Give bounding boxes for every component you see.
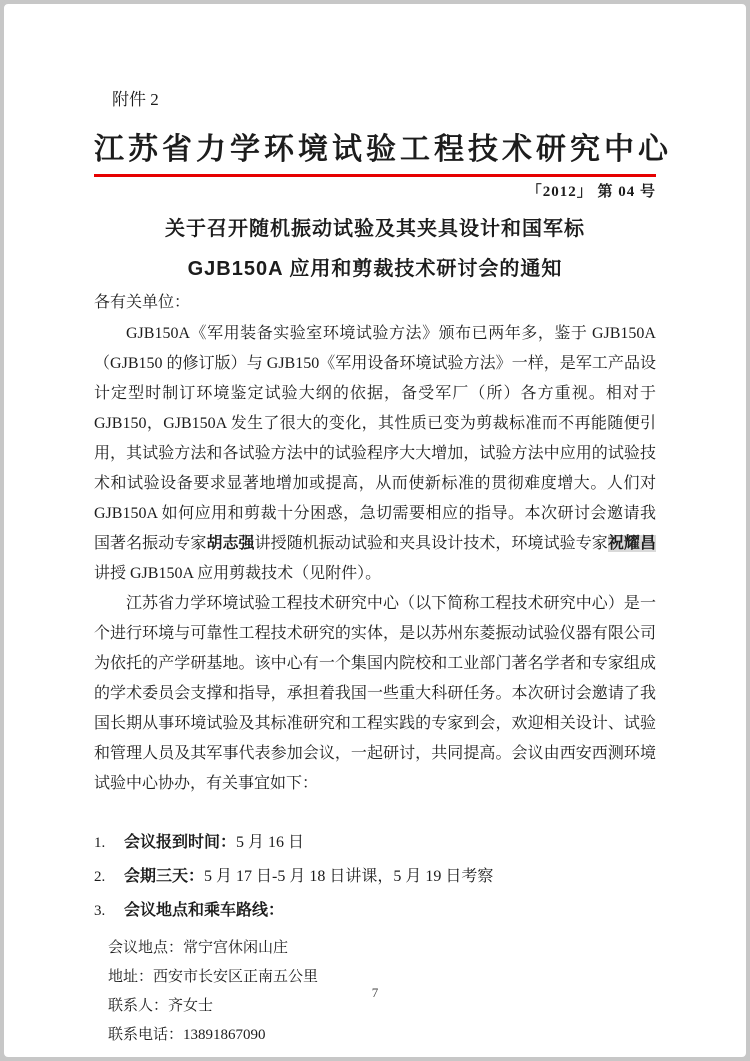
letterhead-org-name: 江苏省力学环境试验工程技术研究中心 bbox=[94, 133, 656, 167]
list-value: 5 月 17 日-5 月 18 日讲课，5 月 19 日考察 bbox=[204, 868, 493, 885]
paragraph-1: GJB150A《军用装备实验室环境试验方法》颁布已两年多，鉴于 GJB150A（… bbox=[94, 319, 656, 589]
contact-venue: 会议地点：常宁宫休闲山庄 bbox=[108, 934, 656, 963]
list-item-duration: 2. 会期三天：5 月 17 日-5 月 18 日讲课，5 月 19 日考察 bbox=[94, 866, 656, 888]
page-number: 7 bbox=[4, 985, 746, 1001]
page-content: 附件 2 江苏省力学环境试验工程技术研究中心 「2012」 第 04 号 关于召… bbox=[4, 4, 746, 1050]
expert-name-2-highlighted: 祝耀昌 bbox=[608, 535, 656, 552]
list-number: 3. bbox=[94, 900, 124, 922]
paragraph-1-text: GJB150A《军用装备实验室环境试验方法》颁布已两年多，鉴于 GJB150A（… bbox=[94, 325, 656, 552]
list-number: 2. bbox=[94, 866, 124, 888]
list-label: 会议地点和乘车路线： bbox=[124, 902, 284, 919]
notice-title-line1: 关于召开随机振动试验及其夹具设计和国军标 bbox=[94, 218, 656, 241]
paragraph-1-text: 讲授 GJB150A 应用剪裁技术（见附件）。 bbox=[94, 565, 381, 582]
agenda-list: 1. 会议报到时间：5 月 16 日 2. 会期三天：5 月 17 日-5 月 … bbox=[94, 832, 656, 922]
list-label: 会议报到时间： bbox=[124, 834, 236, 851]
list-item-location: 3. 会议地点和乘车路线： bbox=[94, 900, 656, 922]
attachment-label: 附件 2 bbox=[112, 90, 656, 110]
list-value: 5 月 16 日 bbox=[236, 834, 304, 851]
letterhead-red-rule bbox=[94, 174, 656, 177]
expert-name-1: 胡志强 bbox=[206, 535, 254, 552]
list-label: 会期三天： bbox=[124, 868, 204, 885]
contact-phone: 联系电话：13891867090 bbox=[108, 1021, 656, 1050]
salutation: 各有关单位： bbox=[94, 292, 656, 314]
list-number: 1. bbox=[94, 832, 124, 854]
paragraph-1-text: 讲授随机振动试验和夹具设计技术，环境试验专家 bbox=[255, 535, 608, 552]
doc-number: 「2012」 第 04 号 bbox=[94, 183, 656, 202]
list-item-report-time: 1. 会议报到时间：5 月 16 日 bbox=[94, 832, 656, 854]
paragraph-2: 江苏省力学环境试验工程技术研究中心（以下简称工程技术研究中心）是一个进行环境与可… bbox=[94, 589, 656, 799]
notice-title-line2: GJB150A 应用和剪裁技术研讨会的通知 bbox=[94, 258, 656, 281]
document-page: 附件 2 江苏省力学环境试验工程技术研究中心 「2012」 第 04 号 关于召… bbox=[0, 0, 750, 1061]
